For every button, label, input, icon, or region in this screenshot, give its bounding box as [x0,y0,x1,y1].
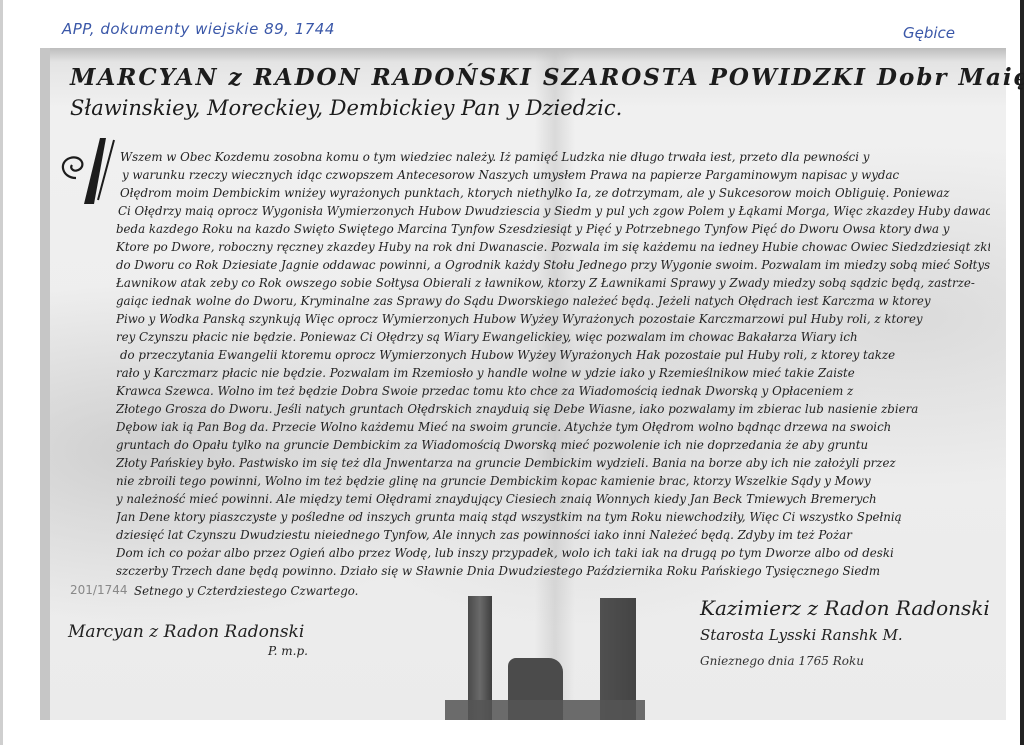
body-line: Ołędrom moim Dembickim wniżey wyrażonych… [120,186,990,200]
body-line: Dom ich co pożar albo przez Ogień albo p… [116,546,990,560]
body-line: Wszem w Obec Kozdemu zosobna komu o tym … [120,150,990,164]
body-line: Dębow iak ią Pan Bog da. Przecie Wolno k… [116,420,990,434]
body-line: Krawca Szewca. Wolno im też będzie Dobra… [116,384,990,398]
body-line: y należność mieć powinni. Ale między tem… [116,492,990,506]
body-line: do przeczytania Ewangelii ktoremu oprocz… [120,348,990,362]
body-line: dziesięć lat Czynszu Dwudziestu nieiedne… [116,528,990,542]
heading-line-1: MARCYAN z RADON RADOŃSKI SZAROSTA POWIDZ… [70,64,1024,91]
body-line: y warunku rzeczy wiecznych idąc czwopsze… [122,168,990,182]
body-line: Złotego Grosza do Dworu. Jeśli natych gr… [116,402,990,416]
body-line: Złoty Pańskiey było. Pastwisko im się te… [116,456,990,470]
body-line: szczerby Trzech dane będą powinno. Dział… [116,564,990,578]
signature-right-date: Gnieznego dnia 1765 Roku [700,654,864,668]
decorative-initial-icon [54,134,124,212]
archive-reference-annotation: APP, dokumenty wiejskie 89, 1744 [62,20,335,38]
place-name-annotation: Gębice [903,24,955,42]
body-line: beda kazdego Roku na kazdo Swięto Swięte… [116,222,990,236]
body-line: Ktore po Dwore, roboczny ręczney zkazdey… [116,240,990,254]
signature-right-title: Starosta Lysski Ranshk M. [700,626,903,644]
body-line: Ławnikow atak zeby co Rok owszego sobie … [116,276,990,290]
body-line: Jan Dene ktory piaszczyste y pośledne od… [116,510,990,524]
body-line: rało y Karczmarz płacic nie będzie. Pozw… [116,366,990,380]
document-sheet: MARCYAN z RADON RADOŃSKI SZAROSTA POWIDZ… [40,48,1006,720]
heading-line-2: Sławinskiey, Moreckiey, Dembickiey Pan y… [70,96,622,120]
inventory-mark: 201/1744 [70,583,128,597]
signature-right-name: Kazimierz z Radon Radonski [700,596,990,620]
seal-base [445,700,645,720]
body-line: gruntach do Opału tylko na gruncie Dembi… [116,438,990,452]
body-line: Piwo y Wodka Panską szynkują Więc oprocz… [116,312,990,326]
signature-left: Marcyan z Radon Radonski [68,622,304,642]
body-line: nie zbroili tego powinni, Wolno im też b… [116,474,990,488]
signature-left-mark: P. m.p. [268,644,308,658]
scan-left-edge [0,0,3,745]
body-line: gaiąc iednak wolne do Dworu, Kryminalne … [116,294,990,308]
body-line: do Dworu co Rok Dziesiate Jagnie oddawac… [116,258,990,272]
body-line: Ci Ołędrzy maią oprocz Wygonisła Wymierz… [118,204,990,218]
body-line: rey Czynszu płacic nie będzie. Poniewaz … [116,330,990,344]
scan-right-edge [1020,0,1024,745]
